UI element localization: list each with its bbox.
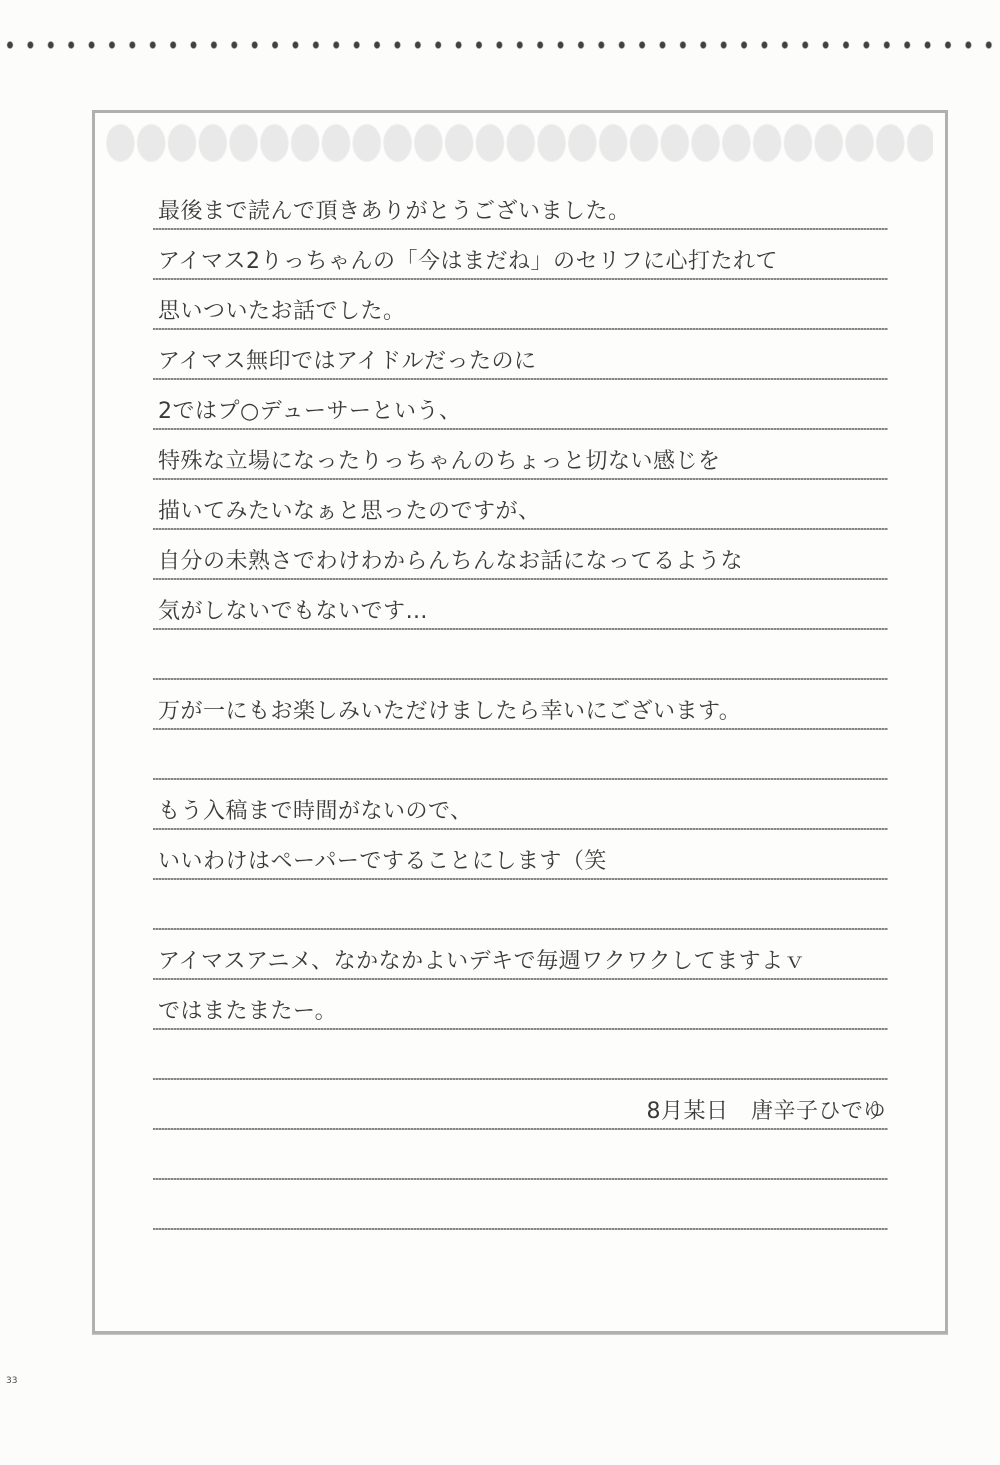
ruled-line: いいわけはペーパーですることにします（笑 bbox=[153, 830, 888, 880]
ruled-line: アイマス無印ではアイドルだったのに bbox=[153, 330, 888, 380]
handwritten-lines-area: 最後まで読んで頂きありがとうございました。 アイマス2りっちゃんの「今はまだね」… bbox=[153, 180, 888, 1230]
afterword-frame: 最後まで読んで頂きありがとうございました。 アイマス2りっちゃんの「今はまだね」… bbox=[92, 110, 948, 1334]
handwritten-text: 自分の未熟さでわけわからんちんなお話になってるような bbox=[158, 548, 743, 576]
handwritten-text: ではまたまたー。 bbox=[158, 998, 337, 1026]
handwritten-text: 描いてみたいなぁと思ったのですが、 bbox=[158, 498, 541, 526]
handwritten-text: アイマス2りっちゃんの「今はまだね」のセリフに心打たれて bbox=[158, 248, 778, 276]
handwritten-text: 2ではプ○デューサーという、 bbox=[158, 398, 462, 426]
ruled-line bbox=[153, 1130, 888, 1180]
dotted-border-top bbox=[0, 38, 1000, 52]
ruled-line: 思いついたお話でした。 bbox=[153, 280, 888, 330]
ruled-line: もう入稿まで時間がないので、 bbox=[153, 780, 888, 830]
handwritten-text: 気がしないでもないです… bbox=[158, 598, 428, 626]
handwritten-text: 思いついたお話でした。 bbox=[158, 298, 406, 326]
ruled-line: 特殊な立場になったりっちゃんのちょっと切ない感じを bbox=[153, 430, 888, 480]
ruled-line: 2ではプ○デューサーという、 bbox=[153, 380, 888, 430]
handwritten-text: 最後まで読んで頂きありがとうございました。 bbox=[158, 198, 631, 226]
ruled-line: 自分の未熟さでわけわからんちんなお話になってるような bbox=[153, 530, 888, 580]
ruled-line: 最後まで読んで頂きありがとうございました。 bbox=[153, 180, 888, 230]
ruled-line: 8月某日 唐辛子ひでゆ bbox=[153, 1080, 888, 1130]
handwritten-text: もう入稿まで時間がないので、 bbox=[158, 798, 473, 826]
ruled-line: アイマスアニメ、なかなかよいデキで毎週ワクワクしてますよｖ bbox=[153, 930, 888, 980]
ruled-line bbox=[153, 730, 888, 780]
handwritten-text: アイマス無印ではアイドルだったのに bbox=[158, 348, 537, 376]
handwritten-text: アイマスアニメ、なかなかよいデキで毎週ワクワクしてますよｖ bbox=[158, 948, 806, 976]
decorative-circles-row bbox=[105, 123, 933, 163]
scanned-afterword-page: 最後まで読んで頂きありがとうございました。 アイマス2りっちゃんの「今はまだね」… bbox=[0, 0, 1000, 1465]
handwritten-text: 万が一にもお楽しみいただけましたら幸いにございます。 bbox=[158, 698, 741, 726]
ruled-line: 描いてみたいなぁと思ったのですが、 bbox=[153, 480, 888, 530]
page-number: 33 bbox=[6, 1376, 17, 1386]
handwritten-text: 特殊な立場になったりっちゃんのちょっと切ない感じを bbox=[158, 448, 721, 476]
handwritten-text: 8月某日 唐辛子ひでゆ bbox=[647, 1098, 887, 1126]
ruled-line: 万が一にもお楽しみいただけましたら幸いにございます。 bbox=[153, 680, 888, 730]
ruled-line: ではまたまたー。 bbox=[153, 980, 888, 1030]
ruled-line: アイマス2りっちゃんの「今はまだね」のセリフに心打たれて bbox=[153, 230, 888, 280]
underline-rule bbox=[153, 1228, 888, 1230]
ruled-line bbox=[153, 1030, 888, 1080]
ruled-line bbox=[153, 1180, 888, 1230]
handwritten-text: いいわけはペーパーですることにします（笑 bbox=[158, 848, 607, 876]
ruled-line bbox=[153, 880, 888, 930]
ruled-line bbox=[153, 630, 888, 680]
ruled-line: 気がしないでもないです… bbox=[153, 580, 888, 630]
